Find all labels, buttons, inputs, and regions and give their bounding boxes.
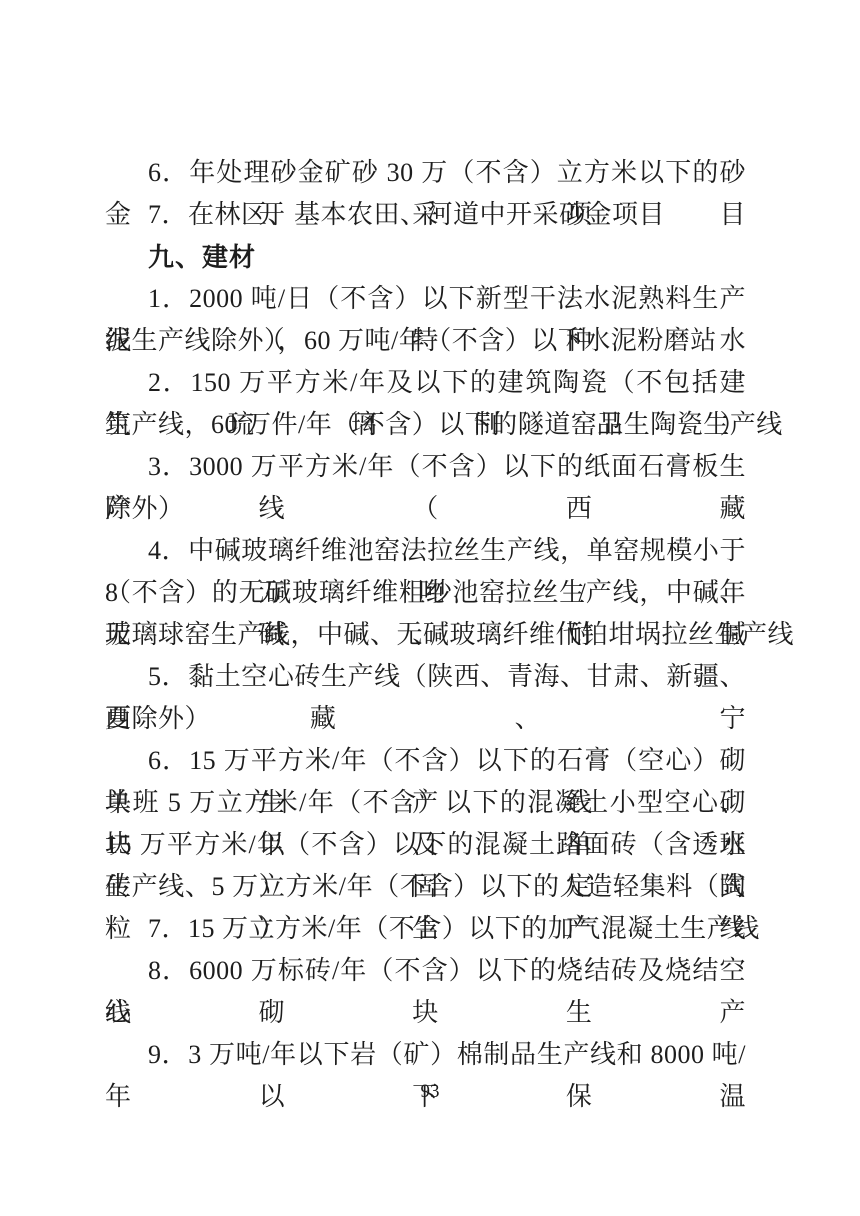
text-line: 6．15 万平方米/年（不含）以下的石膏（空心）砌块生产线、 <box>105 740 746 782</box>
text-line: 5．黏土空心砖生产线（陕西、青海、甘肃、新疆、西藏、宁 <box>105 656 746 698</box>
page-number: 93 <box>0 1078 860 1106</box>
text-line: 1．2000 吨/日（不含）以下新型干法水泥熟料生产线（特种水 <box>105 278 746 320</box>
text-line: 2．150 万平方米/年及以下的建筑陶瓷（不包括建筑琉璃制品） <box>105 362 746 404</box>
document-body: 6．年处理砂金矿砂 30 万（不含）立方米以下的砂金开采项目7．在林区、基本农田… <box>105 152 746 1076</box>
text-line: 9．3 万吨/年以下岩（矿）棉制品生产线和 8000 吨/年以下保温 <box>105 1034 746 1076</box>
text-line: 15 万平方米/年（不含）以下的混凝土路面砖（含透水砖）固定式 <box>105 824 746 866</box>
section-header: 九、建材 <box>105 236 746 278</box>
text-line: 8．6000 万标砖/年（不含）以下的烧结砖及烧结空心砌块生产 <box>105 950 746 992</box>
text-line: 4．中碱玻璃纤维池窑法拉丝生产线，单窑规模小于 8 万吨/年 <box>105 530 746 572</box>
text-line: 7．15 万立方米/年（不含）以下的加气混凝土生产线 <box>105 908 746 950</box>
text-line: （不含）的无碱玻璃纤维粗纱池窑拉丝生产线，中碱、无碱、耐碱 <box>105 572 746 614</box>
document-page: 6．年处理砂金矿砂 30 万（不含）立方米以下的砂金开采项目7．在林区、基本农田… <box>0 0 860 1216</box>
text-line: 3．3000 万平方米/年（不含）以下的纸面石膏板生产线（西藏 <box>105 446 746 488</box>
text-line: 生产线，60 万件/年（不含）以下的隧道窑卫生陶瓷生产线 <box>105 404 746 446</box>
text-line: 生产线、5 万立方米/年（不含）以下的人造轻集料（陶粒）生产线 <box>105 866 746 908</box>
text-line: 单班 5 万立方米/年（不含）以下的混凝土小型空心砌块以及单班 <box>105 782 746 824</box>
text-line: 泥生产线除外），60 万吨/年（不含）以下水泥粉磨站 <box>105 320 746 362</box>
text-line: 玻璃球窑生产线，中碱、无碱玻璃纤维代铂坩埚拉丝生产线 <box>105 614 746 656</box>
text-line: 6．年处理砂金矿砂 30 万（不含）立方米以下的砂金开采项目 <box>105 152 746 194</box>
text-line: 7．在林区、基本农田、河道中开采砂金项目 <box>105 194 746 236</box>
